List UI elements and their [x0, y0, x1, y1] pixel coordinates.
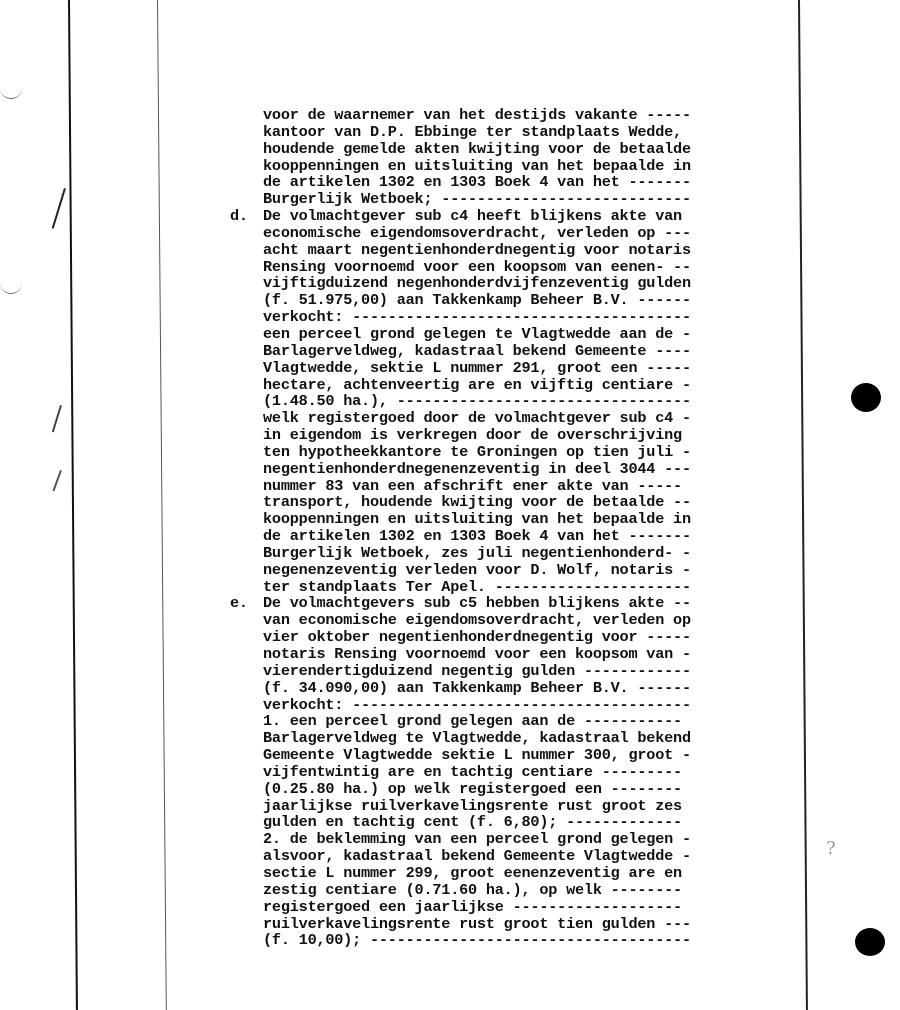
line-text: 2. de beklemming van een perceel grond g… [263, 830, 691, 848]
punch-hole-top [851, 383, 881, 412]
document-line: kooppenningen en uitsluiting van het bep… [230, 158, 770, 175]
document-line: (1.48.50 ha.), -------------------------… [230, 393, 770, 410]
line-text: hectare, achtenveertig are en vijftig ce… [263, 376, 691, 394]
document-line: vijftigduizend negenhonderdvijfenzeventi… [230, 275, 770, 292]
line-text: sectie L nummer 299, groot eenenzeventig… [263, 864, 682, 882]
line-text: (1.48.50 ha.), -------------------------… [263, 392, 691, 410]
document-line: kooppenningen en uitsluiting van het bep… [230, 511, 770, 528]
margin-pen-stroke [52, 470, 61, 491]
line-text: Rensing voornoemd voor een koopsom van e… [263, 258, 691, 276]
document-line: (f. 51.975,00) aan Takkenkamp Beheer B.V… [230, 292, 770, 309]
document-line: acht maart negentienhonderdnegentig voor… [230, 242, 770, 259]
document-line: transport, houdende kwijting voor de bet… [230, 494, 770, 511]
document-line: zestig centiare (0.71.60 ha.), op welk -… [230, 882, 770, 899]
document-line: verkocht: ------------------------------… [230, 309, 770, 326]
line-text: negentienhonderdnegenenzeventig in deel … [263, 460, 691, 478]
line-text: vier oktober negentienhonderdnegentig vo… [263, 628, 691, 646]
line-text: welk registergoed door de volmachtgever … [263, 409, 691, 427]
line-text: Barlagerveldweg, kadastraal bekend Gemee… [263, 342, 691, 360]
right-margin-line [798, 0, 808, 1010]
document-list-item-line: d.De volmachtgever sub c4 heeft blijkens… [230, 208, 770, 225]
document-line: nummer 83 van een afschrift ener akte va… [230, 478, 770, 495]
line-text: 1. een perceel grond gelegen aan de ----… [263, 712, 682, 730]
document-line: van economische eigendomsoverdracht, ver… [230, 612, 770, 629]
binder-hole-mark-top [0, 80, 22, 99]
line-text: vijftigduizend negenhonderdvijfenzeventi… [263, 274, 691, 292]
document-line: kantoor van D.P. Ebbinge ter standplaats… [230, 124, 770, 141]
line-text: Barlagerveldweg te Vlagtwedde, kadastraa… [263, 729, 691, 747]
document-line: vier oktober negentienhonderdnegentig vo… [230, 629, 770, 646]
document-line: Burgerlijk Wetboek; --------------------… [230, 191, 770, 208]
document-line: 2. de beklemming van een perceel grond g… [230, 831, 770, 848]
punch-hole-bottom [855, 928, 885, 956]
document-line: Vlagtwedde, sektie L nummer 291, groot e… [230, 360, 770, 377]
line-text: ten hypotheekkantore te Groningen op tie… [263, 443, 691, 461]
document-line: sectie L nummer 299, groot eenenzeventig… [230, 865, 770, 882]
line-text: de artikelen 1302 en 1303 Boek 4 van het… [263, 527, 691, 545]
line-text: notaris Rensing voornoemd voor een koops… [263, 645, 691, 663]
document-line: negentienhonderdnegenenzeventig in deel … [230, 461, 770, 478]
line-text: alsvoor, kadastraal bekend Gemeente Vlag… [263, 847, 691, 865]
document-line: een perceel grond gelegen te Vlagtwedde … [230, 326, 770, 343]
binder-hole-mark-middle [0, 275, 22, 294]
document-line: Burgerlijk Wetboek, zes juli negentienho… [230, 545, 770, 562]
margin-scribble: ? [826, 838, 836, 859]
line-text: (0.25.80 ha.) op welk registergoed een -… [263, 780, 682, 798]
document-line: ten hypotheekkantore te Groningen op tie… [230, 444, 770, 461]
line-text: kooppenningen en uitsluiting van het bep… [263, 510, 691, 528]
document-line: economische eigendomsoverdracht, verlede… [230, 225, 770, 242]
line-text: transport, houdende kwijting voor de bet… [263, 493, 691, 511]
line-text: zestig centiare (0.71.60 ha.), op welk -… [263, 881, 682, 899]
line-text: Gemeente Vlagtwedde sektie L nummer 300,… [263, 746, 691, 764]
line-text: vijfentwintig are en tachtig centiare --… [263, 763, 682, 781]
line-text: ter standplaats Ter Apel. --------------… [263, 578, 691, 596]
document-line: Barlagerveldweg te Vlagtwedde, kadastraa… [230, 730, 770, 747]
document-line: notaris Rensing voornoemd voor een koops… [230, 646, 770, 663]
document-line: gulden en tachtig cent (f. 6,80); ------… [230, 814, 770, 831]
document-line: registergoed een jaarlijkse ------------… [230, 899, 770, 916]
line-text: de artikelen 1302 en 1303 Boek 4 van het… [263, 173, 691, 191]
left-inner-margin-line [157, 0, 167, 1010]
line-text: houdende gemelde akten kwijting voor de … [263, 140, 691, 158]
document-line: hectare, achtenveertig are en vijftig ce… [230, 377, 770, 394]
line-text: De volmachtgevers sub c5 hebben blijkens… [263, 594, 691, 612]
line-text: vierendertigduizend negentig gulden ----… [263, 662, 691, 680]
document-line: jaarlijkse ruilverkavelingsrente rust gr… [230, 798, 770, 815]
line-text: negenenzeventig verleden voor D. Wolf, n… [263, 561, 691, 579]
line-text: Vlagtwedde, sektie L nummer 291, groot e… [263, 359, 691, 377]
margin-pen-stroke [52, 188, 66, 229]
list-marker: d. [230, 208, 263, 225]
document-line: vijfentwintig are en tachtig centiare --… [230, 764, 770, 781]
line-text: acht maart negentienhonderdnegentig voor… [263, 241, 691, 259]
document-line: voor de waarnemer van het destijds vakan… [230, 107, 770, 124]
line-text: (f. 51.975,00) aan Takkenkamp Beheer B.V… [263, 291, 691, 309]
document-line: Barlagerveldweg, kadastraal bekend Gemee… [230, 343, 770, 360]
document-line: vierendertigduizend negentig gulden ----… [230, 663, 770, 680]
document-line: ter standplaats Ter Apel. --------------… [230, 579, 770, 596]
line-text: van economische eigendomsoverdracht, ver… [263, 611, 691, 629]
document-line: Rensing voornoemd voor een koopsom van e… [230, 259, 770, 276]
line-text: kooppenningen en uitsluiting van het bep… [263, 157, 691, 175]
document-line: de artikelen 1302 en 1303 Boek 4 van het… [230, 528, 770, 545]
document-line: (0.25.80 ha.) op welk registergoed een -… [230, 781, 770, 798]
document-line: in eigendom is verkregen door de oversch… [230, 427, 770, 444]
document-line: 1. een perceel grond gelegen aan de ----… [230, 713, 770, 730]
line-text: economische eigendomsoverdracht, verlede… [263, 224, 691, 242]
document-line: de artikelen 1302 en 1303 Boek 4 van het… [230, 174, 770, 191]
document-line: ruilverkavelingsrente rust groot tien gu… [230, 916, 770, 933]
line-text: gulden en tachtig cent (f. 6,80); ------… [263, 813, 682, 831]
document-line: Gemeente Vlagtwedde sektie L nummer 300,… [230, 747, 770, 764]
line-text: jaarlijkse ruilverkavelingsrente rust gr… [263, 797, 682, 815]
left-margin-line [68, 0, 78, 1010]
line-text: Burgerlijk Wetboek, zes juli negentienho… [263, 544, 691, 562]
document-line: verkocht: ------------------------------… [230, 697, 770, 714]
line-text: in eigendom is verkregen door de oversch… [263, 426, 682, 444]
line-text: (f. 10,00); ----------------------------… [263, 931, 691, 949]
scanned-document-page: ? voor de waarnemer van het destijds vak… [0, 0, 900, 1010]
line-text: (f. 34.090,00) aan Takkenkamp Beheer B.V… [263, 679, 691, 697]
list-marker: e. [230, 595, 263, 612]
line-text: een perceel grond gelegen te Vlagtwedde … [263, 325, 691, 343]
line-text: De volmachtgever sub c4 heeft blijkens a… [263, 207, 682, 225]
document-body-text: voor de waarnemer van het destijds vakan… [230, 107, 770, 949]
line-text: ruilverkavelingsrente rust groot tien gu… [263, 915, 691, 933]
document-line: (f. 10,00); ----------------------------… [230, 932, 770, 949]
document-line: houdende gemelde akten kwijting voor de … [230, 141, 770, 158]
document-line: alsvoor, kadastraal bekend Gemeente Vlag… [230, 848, 770, 865]
line-text: kantoor van D.P. Ebbinge ter standplaats… [263, 123, 682, 141]
line-text: voor de waarnemer van het destijds vakan… [263, 106, 691, 124]
line-text: nummer 83 van een afschrift ener akte va… [263, 477, 682, 495]
document-line: (f. 34.090,00) aan Takkenkamp Beheer B.V… [230, 680, 770, 697]
document-line: welk registergoed door de volmachtgever … [230, 410, 770, 427]
margin-pen-stroke [52, 405, 62, 432]
line-text: verkocht: ------------------------------… [263, 308, 691, 326]
line-text: registergoed een jaarlijkse ------------… [263, 898, 682, 916]
line-text: verkocht: ------------------------------… [263, 696, 691, 714]
document-line: negenenzeventig verleden voor D. Wolf, n… [230, 562, 770, 579]
document-list-item-line: e.De volmachtgevers sub c5 hebben blijke… [230, 595, 770, 612]
line-text: Burgerlijk Wetboek; --------------------… [263, 190, 691, 208]
